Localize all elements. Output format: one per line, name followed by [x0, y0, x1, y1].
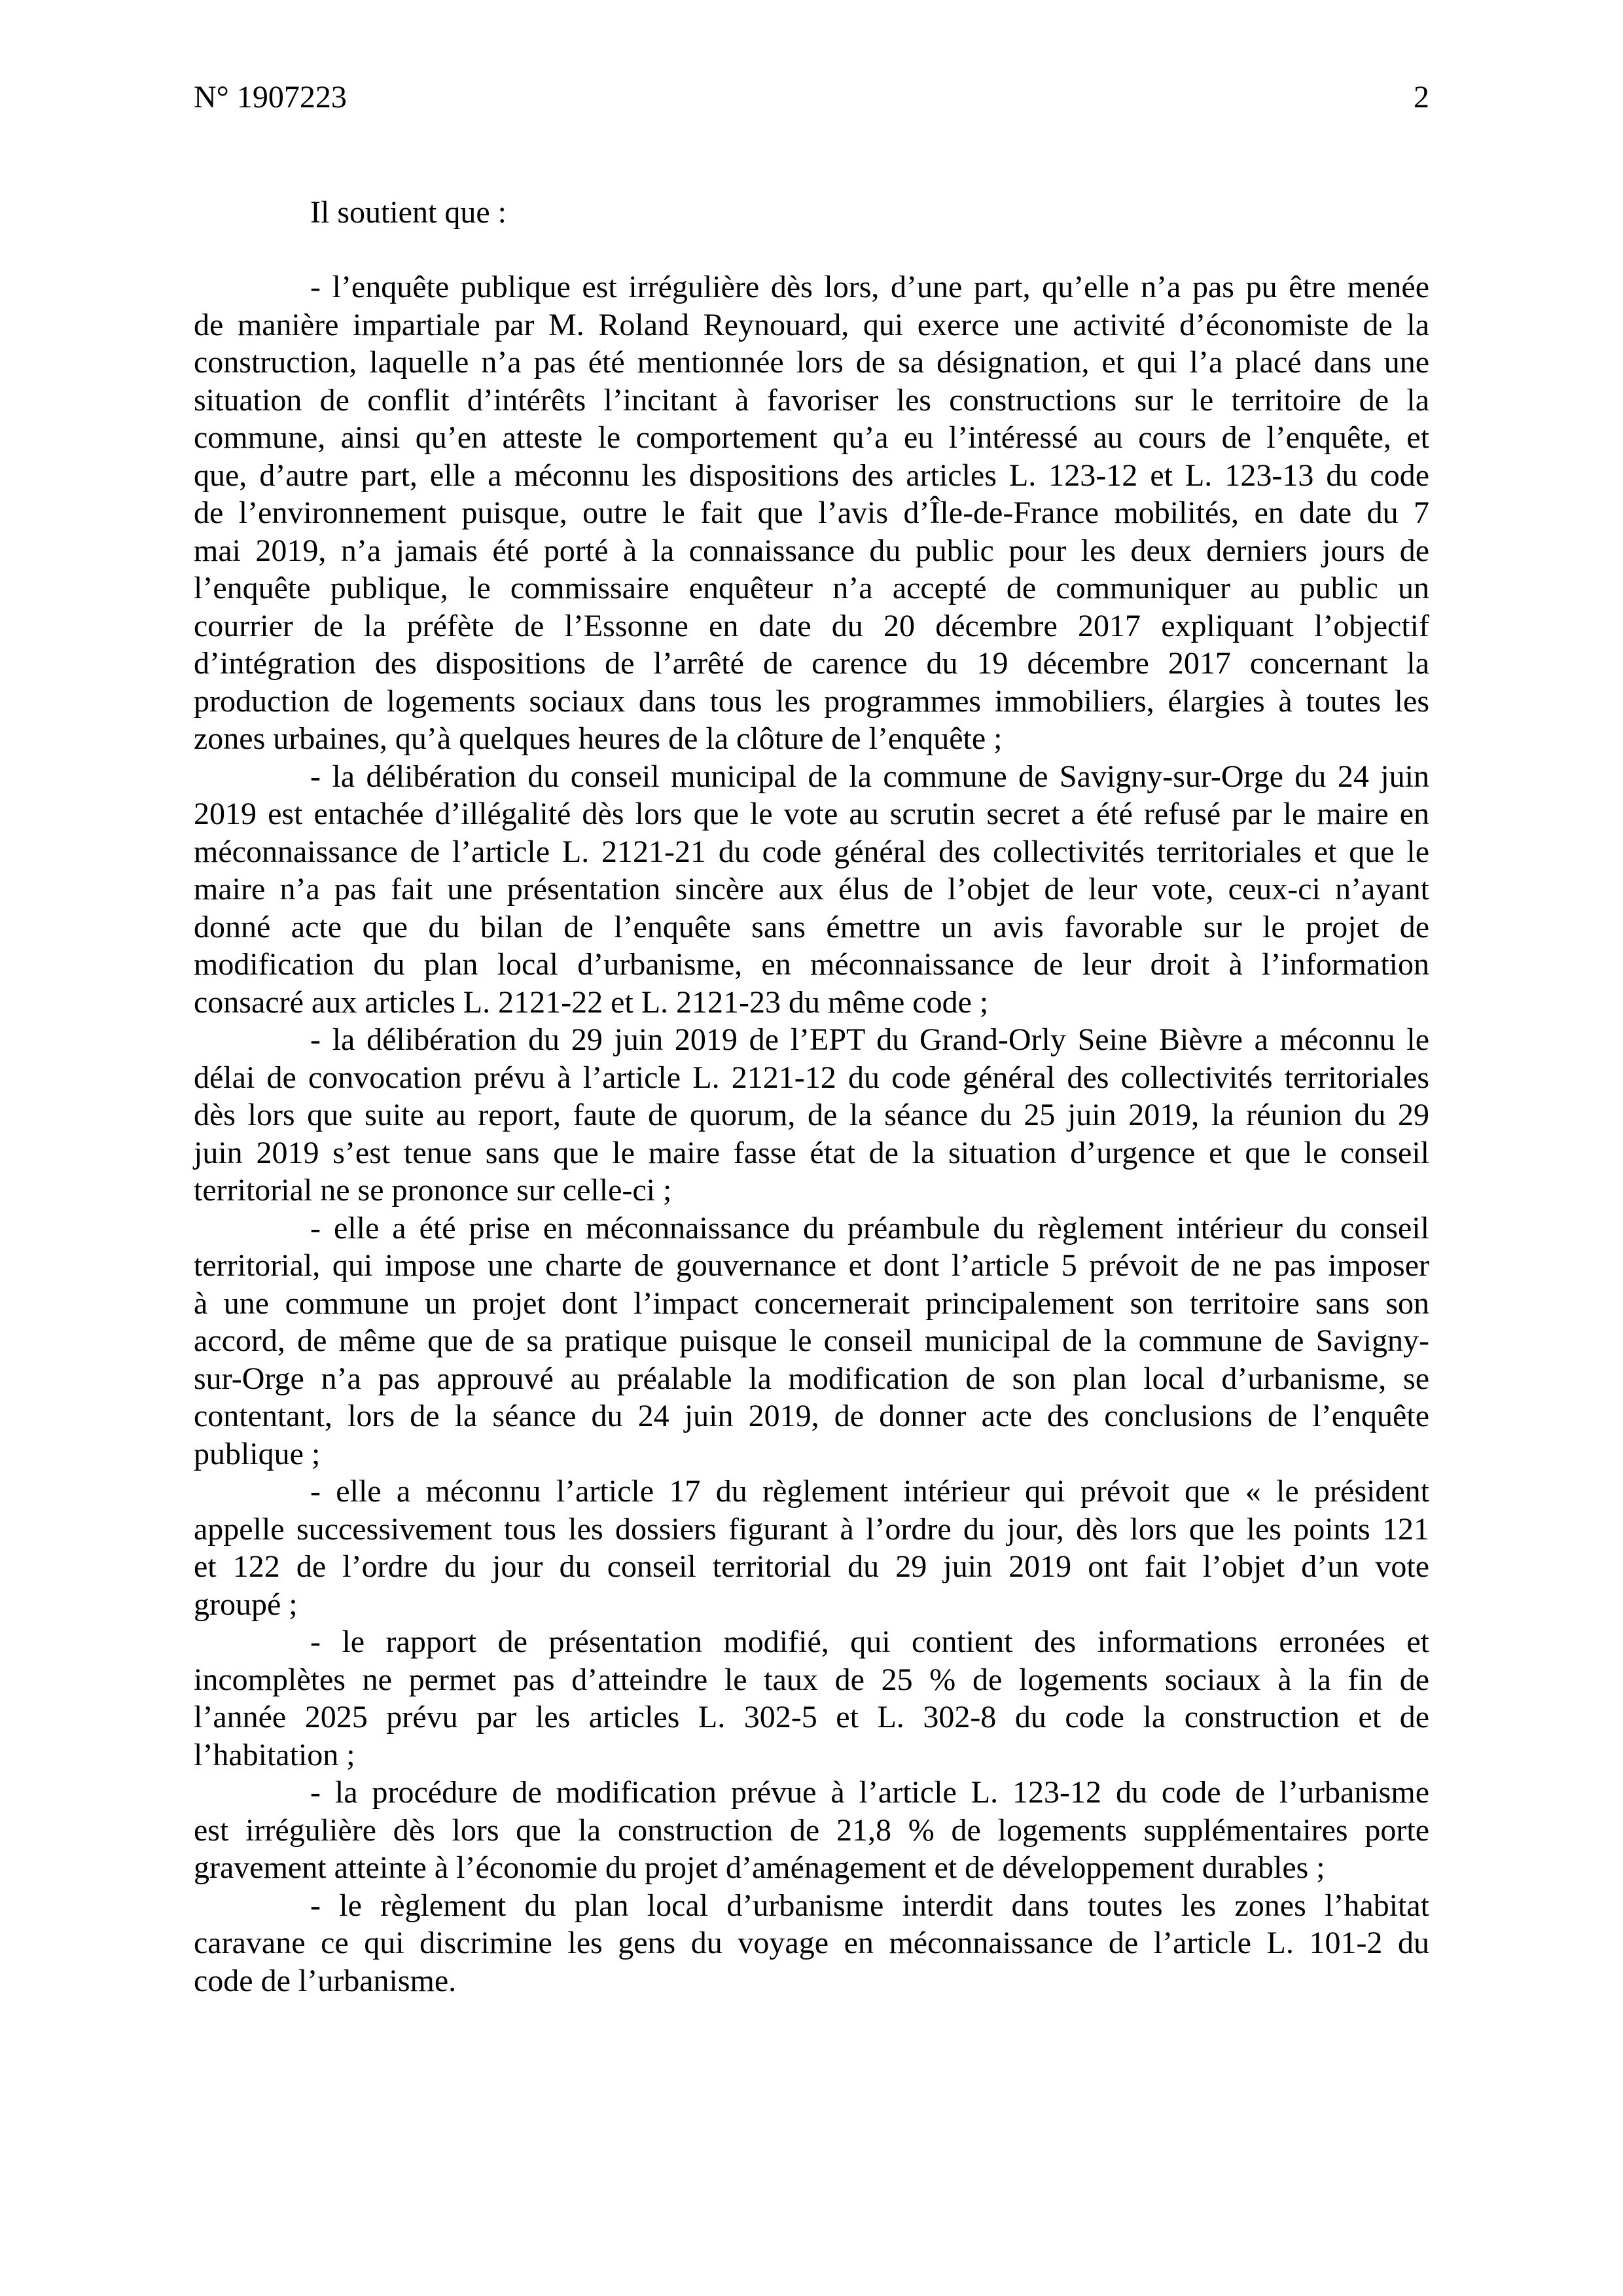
- document-page: N° 1907223 2 Il soutient que : - l’enquê…: [0, 0, 1623, 2296]
- text-line: - l’enquête publique est irrégulière dès…: [194, 268, 1429, 306]
- text-line: l’année 2025 prévu par les articles L. 3…: [194, 1698, 1429, 1736]
- text-line: contentant, lors de la séance du 24 juin…: [194, 1397, 1429, 1435]
- text-line: accord, de même que de sa pratique puisq…: [194, 1322, 1429, 1360]
- text-line: dès lors que suite au report, faute de q…: [194, 1096, 1429, 1134]
- text-line: donné acte que du bilan de l’enquête san…: [194, 908, 1429, 946]
- page-number: 2: [1298, 79, 1429, 117]
- text-line: territorial ne se prononce sur celle-ci …: [194, 1172, 1429, 1210]
- text-line: d’intégration des dispositions de l’arrê…: [194, 645, 1429, 683]
- text-line: - le règlement du plan local d’urbanisme…: [194, 1887, 1429, 1925]
- text-line: et 122 de l’ordre du jour du conseil ter…: [194, 1548, 1429, 1586]
- text-line: consacré aux articles L. 2121-22 et L. 2…: [194, 984, 1429, 1022]
- text-line: que, d’autre part, elle a méconnu les di…: [194, 457, 1429, 495]
- document-body: - l’enquête publique est irrégulière dès…: [194, 268, 1429, 2000]
- text-line: commune, ainsi qu’en atteste le comporte…: [194, 419, 1429, 457]
- text-line: situation de conflit d’intérêts l’incita…: [194, 382, 1429, 420]
- text-line: juin 2019 s’est tenue sans que le maire …: [194, 1134, 1429, 1172]
- argument-paragraph: - l’enquête publique est irrégulière dès…: [194, 268, 1429, 758]
- text-line: gravement atteinte à l’économie du proje…: [194, 1849, 1429, 1887]
- text-line: appelle successivement tous les dossiers…: [194, 1511, 1429, 1549]
- text-line: délai de convocation prévu à l’article L…: [194, 1059, 1429, 1097]
- text-line: code de l’urbanisme.: [194, 1962, 1429, 2000]
- text-line: - la procédure de modification prévue à …: [194, 1774, 1429, 1812]
- text-line: groupé ;: [194, 1586, 1429, 1624]
- text-line: à une commune un projet dont l’impact co…: [194, 1285, 1429, 1323]
- text-line: - la délibération du 29 juin 2019 de l’E…: [194, 1021, 1429, 1059]
- text-line: - le rapport de présentation modifié, qu…: [194, 1623, 1429, 1661]
- text-line: - la délibération du conseil municipal d…: [194, 758, 1429, 796]
- text-line: incomplètes ne permet pas d’atteindre le…: [194, 1661, 1429, 1699]
- text-line: l’habitation ;: [194, 1736, 1429, 1774]
- text-line: sur-Orge n’a pas approuvé au préalable l…: [194, 1360, 1429, 1398]
- text-line: production de logements sociaux dans tou…: [194, 683, 1429, 721]
- text-line: zones urbaines, qu’à quelques heures de …: [194, 720, 1429, 758]
- argument-paragraph: - le règlement du plan local d’urbanisme…: [194, 1887, 1429, 2000]
- text-line: courrier de la préfète de l’Essonne en d…: [194, 607, 1429, 645]
- argument-paragraph: - la procédure de modification prévue à …: [194, 1774, 1429, 1887]
- text-line: est irrégulière dès lors que la construc…: [194, 1812, 1429, 1850]
- text-line: méconnaissance de l’article L. 2121-21 d…: [194, 833, 1429, 871]
- text-line: - elle a été prise en méconnaissance du …: [194, 1210, 1429, 1247]
- text-line: modification du plan local d’urbanisme, …: [194, 946, 1429, 984]
- text-line: - elle a méconnu l’article 17 du règleme…: [194, 1473, 1429, 1511]
- argument-paragraph: - elle a été prise en méconnaissance du …: [194, 1210, 1429, 1473]
- text-line: maire n’a pas fait une présentation sinc…: [194, 870, 1429, 908]
- argument-paragraph: - la délibération du 29 juin 2019 de l’E…: [194, 1021, 1429, 1210]
- text-line: territorial, qui impose une charte de go…: [194, 1247, 1429, 1285]
- intro-sentence: Il soutient que :: [310, 194, 507, 232]
- argument-paragraph: - elle a méconnu l’article 17 du règleme…: [194, 1473, 1429, 1623]
- text-line: mai 2019, n’a jamais été porté à la conn…: [194, 532, 1429, 570]
- text-line: de l’environnement puisque, outre le fai…: [194, 494, 1429, 532]
- text-line: de manière impartiale par M. Roland Reyn…: [194, 306, 1429, 344]
- argument-paragraph: - la délibération du conseil municipal d…: [194, 758, 1429, 1022]
- text-line: caravane ce qui discrimine les gens du v…: [194, 1924, 1429, 1962]
- case-number: N° 1907223: [194, 79, 347, 117]
- text-line: 2019 est entachée d’illégalité dès lors …: [194, 795, 1429, 833]
- argument-paragraph: - le rapport de présentation modifié, qu…: [194, 1623, 1429, 1774]
- text-line: l’enquête publique, le commissaire enquê…: [194, 569, 1429, 607]
- text-line: construction, laquelle n’a pas été menti…: [194, 344, 1429, 382]
- text-line: publique ;: [194, 1435, 1429, 1473]
